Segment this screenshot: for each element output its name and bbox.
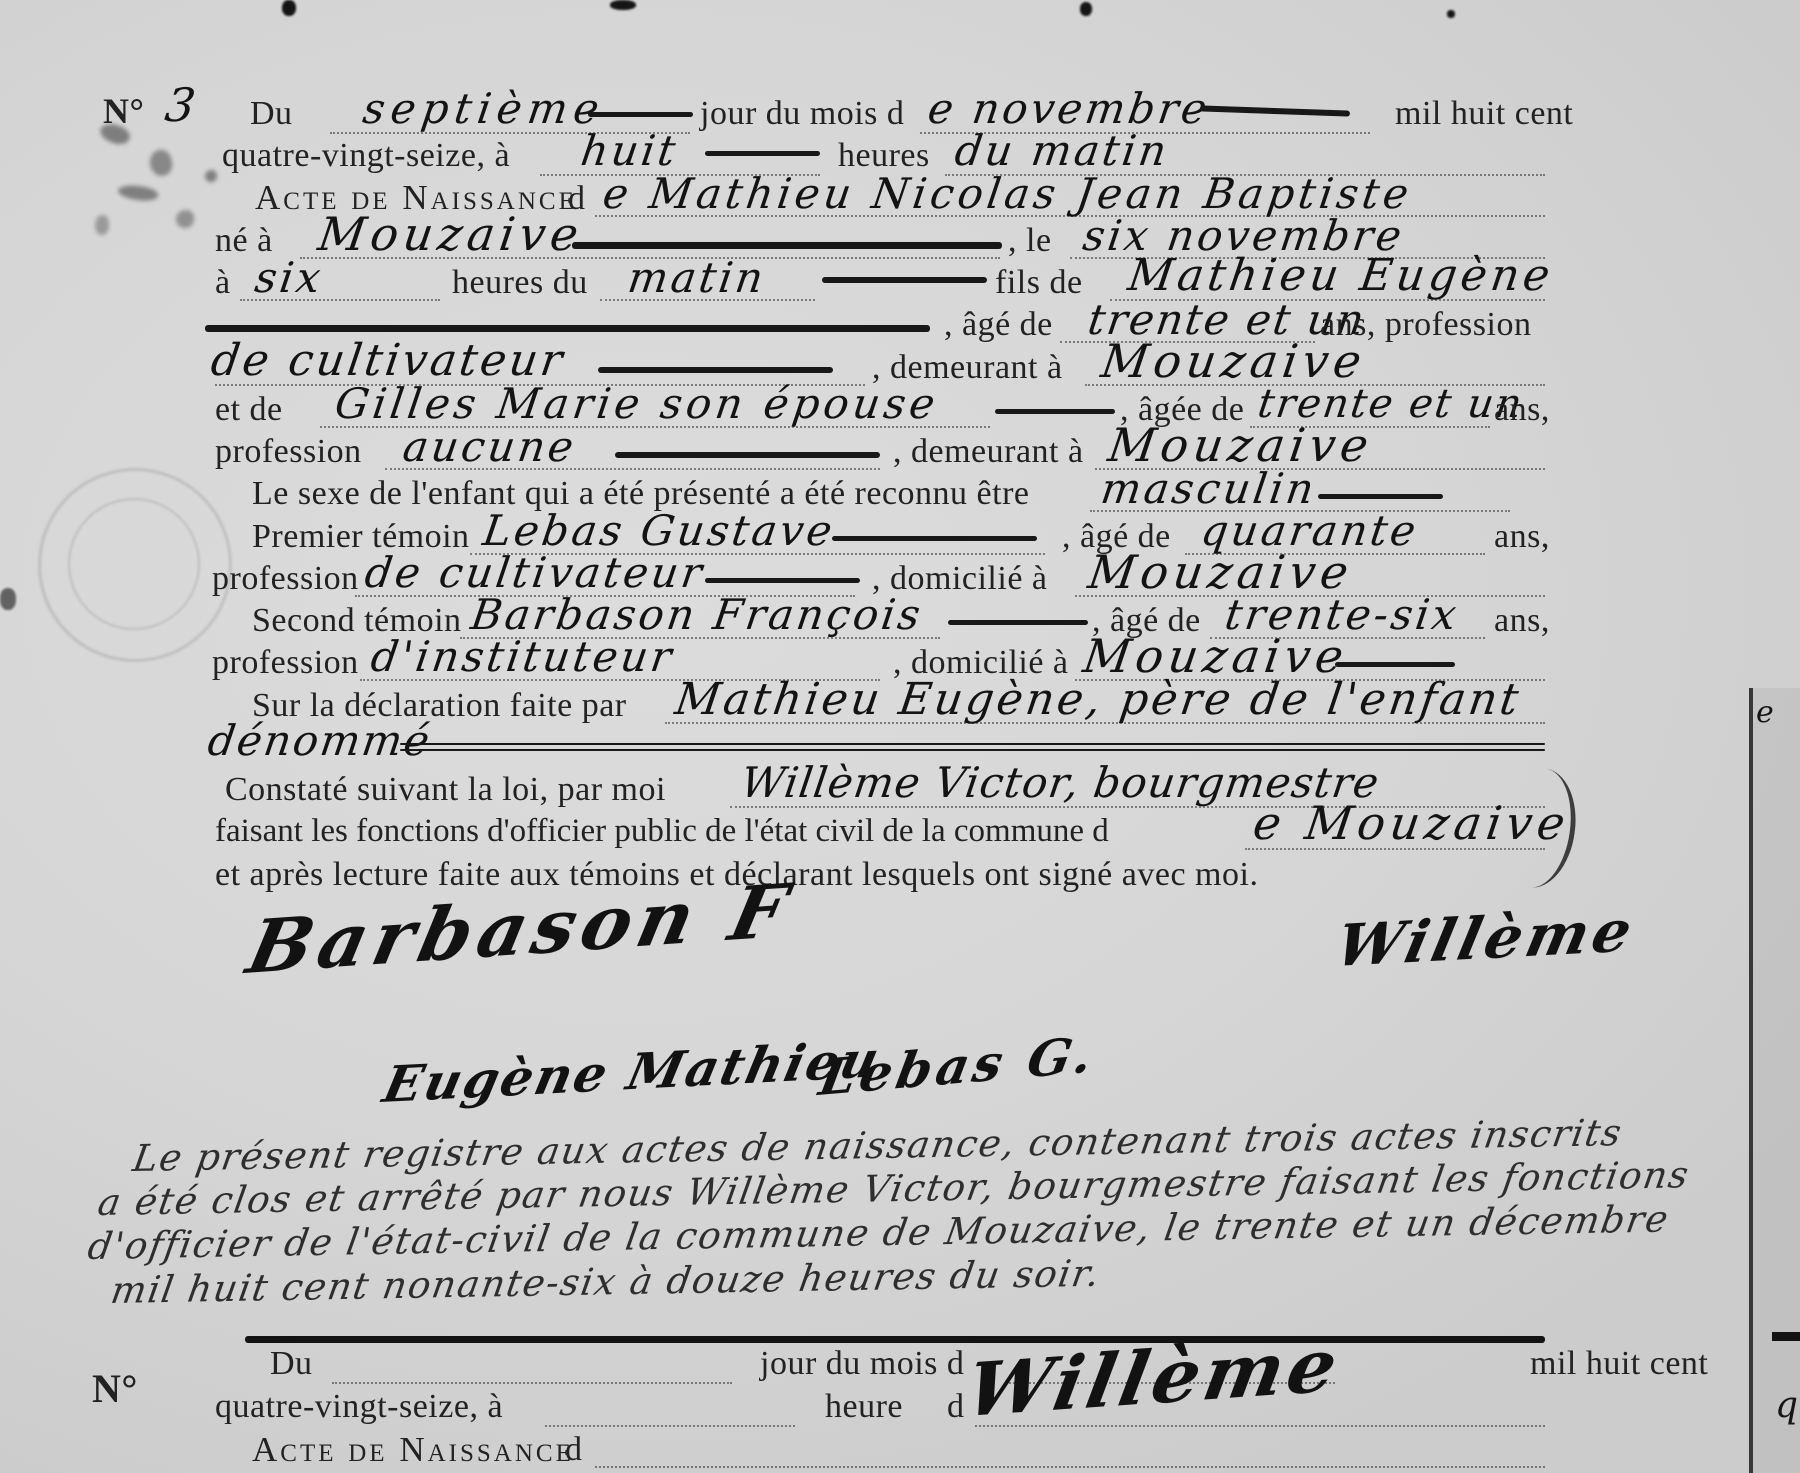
profession-label: profession (212, 560, 359, 598)
declarant-field: Mathieu Eugène, père de l'enfant (672, 674, 1524, 725)
fils-de-label: fils de (995, 264, 1083, 302)
ans-label: ans, (1494, 602, 1550, 640)
constate-label: Constaté suivant la loi, par moi (225, 771, 666, 809)
ink-speck (0, 588, 16, 610)
father-name-field: Mathieu Eugène (1125, 250, 1557, 301)
year-cont-label: quatre-vingt-seize, à (222, 137, 510, 175)
postmark-smudge (147, 148, 175, 179)
ink-stroke (822, 277, 987, 283)
postmark-smudge (176, 210, 194, 228)
hour-field: huit (578, 126, 681, 175)
ink-stroke (1200, 105, 1350, 116)
month-label: jour du mois d (760, 1345, 964, 1383)
fill-line (332, 1382, 732, 1384)
birthplace-field: Mouzaive (315, 207, 587, 261)
du-label: Du (250, 95, 293, 133)
ink-stroke (832, 536, 1037, 541)
ink-stroke (1318, 494, 1443, 499)
birth-period-field: matin (625, 253, 769, 302)
et-de-label: et de (215, 391, 283, 429)
section-divider-rule (1772, 1332, 1800, 1341)
acte-naissance-d: d (565, 1431, 583, 1469)
ans-label: ans, (1494, 518, 1550, 556)
ink-speck (1447, 10, 1455, 18)
acte-naissance-label: Acte de Naissance (252, 1430, 574, 1470)
ink-stroke (588, 112, 693, 117)
ink-speck (610, 0, 636, 10)
ink-stroke (615, 452, 880, 458)
ink-stroke (705, 151, 820, 156)
demeurant-label: , demeurant à (893, 433, 1084, 471)
embossed-stamp-icon (68, 498, 200, 630)
declarant-cont-field: dénommé (205, 716, 434, 765)
signature-willeme: Willème (1330, 897, 1642, 980)
mother-profession-field: aucune (400, 422, 579, 471)
father-residence-field: Mouzaive (1098, 334, 1370, 388)
profession-label: profession (215, 433, 362, 471)
ink-speck (282, 0, 296, 16)
ink-stroke (400, 743, 1545, 745)
a-label: à (215, 264, 231, 302)
day-field: septième (360, 84, 608, 133)
act2-number-label: N° (92, 1365, 138, 1412)
heure-label: heure (825, 1388, 903, 1426)
page-edge-shade (1753, 688, 1800, 1473)
heures-du-label: heures du (452, 264, 588, 302)
fonctions-label: faisant les fonctions d'officier public … (215, 813, 1109, 850)
birth-hour-field: six (252, 253, 327, 302)
edge-text-fragment: q (1775, 1385, 1798, 1426)
ink-stroke (572, 242, 1002, 249)
ink-stroke (598, 367, 833, 373)
year-label: mil huit cent (1530, 1345, 1708, 1383)
second-witness-profession-field: d'instituteur (368, 632, 677, 681)
postmark-smudge (117, 183, 159, 202)
birth-certificate-page: e q N° 3 Du septième jour du mois d e no… (0, 0, 1800, 1473)
du-label: Du (270, 1345, 313, 1383)
ans-label: ans, (1494, 391, 1550, 429)
mother-name-field: Gilles Marie son épouse (332, 379, 942, 428)
act-number-value: 3 (162, 78, 202, 132)
ink-stroke (205, 325, 930, 332)
postmark-smudge (205, 170, 217, 182)
ink-stroke (705, 578, 860, 583)
ink-stroke (995, 409, 1115, 414)
postmark-smudge (95, 215, 109, 235)
section-divider-rule (245, 1336, 1545, 1343)
period-field: du matin (952, 126, 1172, 175)
act-number-label: N° (103, 90, 144, 132)
pen-flourish (1492, 763, 1583, 892)
fill-line (545, 1425, 795, 1427)
edge-text-fragment: e (1756, 695, 1774, 730)
profession-label: profession (212, 644, 359, 682)
father-age-label: , âgé de (944, 306, 1053, 344)
ink-stroke (400, 749, 1545, 751)
ink-stroke (1335, 662, 1455, 667)
year-cont-label: quatre-vingt-seize, à (215, 1388, 503, 1426)
fill-line (595, 1466, 1545, 1468)
ink-speck (1080, 2, 1092, 16)
month-label: jour du mois d (700, 95, 904, 133)
ink-stroke (948, 620, 1088, 625)
year-label: mil huit cent (1395, 95, 1573, 133)
signature-eugene-mathieu: Eugène Mathieu (378, 1029, 886, 1114)
le-label: , le (1008, 222, 1052, 260)
